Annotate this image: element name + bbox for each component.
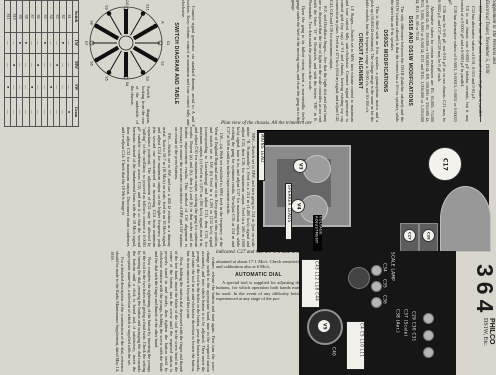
switch-table-row: S10—●—— <box>11 1 17 127</box>
c34-label: C34 <box>382 263 386 272</box>
c27-label: C27 <box>403 229 416 242</box>
col-header-sw: SW <box>72 77 78 97</box>
speaker-leads-label: SPEAKER LEADS <box>285 183 292 240</box>
trimmer-c31-shape <box>423 347 434 358</box>
switch-table-row: S1———● <box>66 1 72 127</box>
trimmer-c36-shape <box>371 297 382 308</box>
voltage-adjustment-label: VOLTAGE ADJUSTMENT <box>313 215 322 253</box>
switch-table-row: S7——●— <box>29 1 35 127</box>
switch-intro: Connect signal generator via standard du… <box>181 0 196 127</box>
masthead-line1: Supplement to The Wireless and <box>490 0 496 122</box>
coil-box-1: C43 L12 L18 C44 <box>301 259 320 308</box>
switch-diagram-label: S5 <box>104 76 108 81</box>
switch-table-row: S4——●— <box>48 1 54 127</box>
switch-diagram-label: S7 <box>84 41 88 46</box>
scale-lamp-label: SCALE LAMP <box>390 252 394 286</box>
switch-diagram-label: S11 <box>145 4 149 11</box>
switch-table-row: S8●——— <box>23 1 29 127</box>
paragraph: C18 has alternative values of 0·0001, 0·… <box>448 0 458 122</box>
trimmer-c29-shape <box>423 313 434 324</box>
section-heading-circuit-alignment: CIRCUIT ALIGNMENT <box>356 0 362 122</box>
c35-label: C35 <box>382 279 386 288</box>
service-sheet-page: Supplement to The Wireless and Electrica… <box>0 0 496 375</box>
switch-table-header-row: Switch LW MW SW Gram <box>72 1 78 127</box>
col-header-mw: MW <box>72 53 78 77</box>
valve-socket-shape <box>348 267 370 289</box>
sheet-number-block: 364 PHILCO DS1W, Etc. <box>456 248 496 375</box>
switch-diagram-caption: Switch diagram, looking from the rear of… <box>129 86 150 124</box>
paragraph: R.F. and Oscillator Stages.—See that the… <box>308 0 328 122</box>
col-header-gram: Gram <box>72 97 78 126</box>
section-heading-ds1b-ds1w: DS1B AND DS1W MODIFICATIONS <box>406 0 412 122</box>
section-heading-ds93g: DS93G MODIFICATIONS <box>381 0 387 122</box>
section-heading-automatic-dial: AUTOMATIC DIAL <box>216 272 301 278</box>
electrolytic-can-shape <box>440 186 491 252</box>
mains-lead-label: MAINS LEAD <box>258 132 265 181</box>
switch-diagram-label: S1 <box>166 41 170 46</box>
paragraph: Next, holding the station dial depressed… <box>154 251 184 372</box>
masthead-line2: Electrical Trader, November 5, 1938 <box>483 0 490 122</box>
switch-table-row: S2●——— <box>60 1 66 127</box>
c37-label: C37 (Scale) <box>403 309 407 351</box>
paragraph: Alternative values for certain resistanc… <box>415 0 435 122</box>
switch-diagram: S1S2S3S4S5S6S7S8S9S10S11A <box>81 0 171 86</box>
switch-table-row: S3—●—— <box>54 1 60 127</box>
column-3: cedure, release the button and start aga… <box>0 251 216 372</box>
paragraph: C20 may be 0·05 μF, not 0·01 μF as in ou… <box>437 0 447 122</box>
switch-table-body: S1———●S2●———S3—●——S4——●—S5●———S6—●——S7——… <box>4 1 72 127</box>
paragraph: This is fitted with an 8-in. speaker, a … <box>365 0 380 122</box>
col-header-switch: Switch <box>72 1 78 33</box>
model-names: DS1W, Etc. <box>482 318 488 375</box>
c40-label: C40 <box>331 347 335 367</box>
valve-v3-label: V3 <box>293 159 307 173</box>
switch-diagram-label: S6 <box>89 61 93 66</box>
paragraph: C17 may be one 16 μF unit, instead of tw… <box>478 0 483 122</box>
c36-label: C36 <box>382 295 386 304</box>
brand-name: PHILCO <box>488 318 495 375</box>
photo-caption-line1: Plan view of the chassis. All the trimme… <box>221 121 391 126</box>
switch-diagram-label: S8 <box>89 20 93 25</box>
switch-diagram-block: Connect signal generator via standard du… <box>0 0 196 127</box>
c17-callout: C17 <box>428 147 462 181</box>
paragraph-sw: SW.—Switch set to SW, and use a 400 Ω re… <box>121 127 172 247</box>
paragraph: I.F. Stages.—Switch set to MW, turn volu… <box>329 0 354 122</box>
paragraph: For a detailed description of the constr… <box>110 251 125 372</box>
coil-box-2: C4 C5 L10 L11 <box>346 321 365 370</box>
chassis-photo-upper: V3 V4 MAINS LEAD SPEAKER LEADS VOLTAGE A… <box>257 130 489 252</box>
automatic-dial-block: obtained at about 17·1 Mc/s. Check sensi… <box>216 259 301 375</box>
switch-table-row: S6—●—— <box>35 1 41 127</box>
column-1: C17 may be one 16 μF unit, instead of tw… <box>196 0 483 122</box>
c28-label: C28 <box>422 229 435 242</box>
switch-table: Switch LW MW SW Gram S1———●S2●———S3—●——S… <box>4 0 79 127</box>
paragraph: C12 has alternative values of 0·01, 0·01… <box>471 0 476 122</box>
trimmer-c30-shape <box>423 330 434 341</box>
section-heading-switch-diagram: SWITCH DIAGRAM AND TABLE <box>172 0 178 127</box>
c38-label: C38 (Aer.) <box>395 309 399 351</box>
paragraph: Open the gang to its fullest extent, ins… <box>291 0 306 122</box>
switch-diagram-label: A <box>160 21 164 24</box>
paragraph: A special tool is supplied for adjusting… <box>216 280 301 302</box>
switch-table-row: S9●——— <box>17 1 23 127</box>
switch-table-row: S5●——— <box>41 1 47 127</box>
chassis-photo-lower: C43 L12 L18 C44 V5 C40 C4 C5 L10 L11 SCA… <box>299 251 456 375</box>
valve-v4-label: V4 <box>291 199 305 213</box>
trimmer-c34-shape <box>371 265 382 276</box>
paragraph-mw: MW.—Switch set to MW, and turn gang to 2… <box>226 127 256 247</box>
c29-c30-c31-label: C29 C30 C31 <box>411 311 415 361</box>
paragraph: The only difference between the DS1B (ba… <box>390 0 405 122</box>
paragraph-lw: LW.—(a) With set switched to MW, feed in… <box>174 127 225 247</box>
column-2: MW.—Switch set to MW, and turn gang to 2… <box>0 127 256 247</box>
switch-diagram-label: S3 <box>145 76 149 81</box>
trimmer-c35-shape <box>371 281 382 292</box>
paragraph: Now complete the tightening of the butto… <box>127 251 152 372</box>
switch-diagram-label: S9 <box>104 5 108 10</box>
switch-diagram-label: S10 <box>125 0 129 6</box>
paragraph: obtained at about 17·1 Mc/s. Check sensi… <box>216 259 301 270</box>
paragraph: cedure, release the button and start aga… <box>186 251 216 372</box>
valve-v5-label: V5 <box>317 319 331 333</box>
valve-v3-shape <box>303 155 331 183</box>
col-header-lw: LW <box>72 33 78 54</box>
switch-diagram-label: S2 <box>160 61 164 66</box>
switch-diagram-label: S4 <box>125 82 129 86</box>
paragraph: C8 in our chassis was 0·0003 μF tubular … <box>460 0 470 122</box>
switch-table-row: S11——●— <box>4 1 10 127</box>
